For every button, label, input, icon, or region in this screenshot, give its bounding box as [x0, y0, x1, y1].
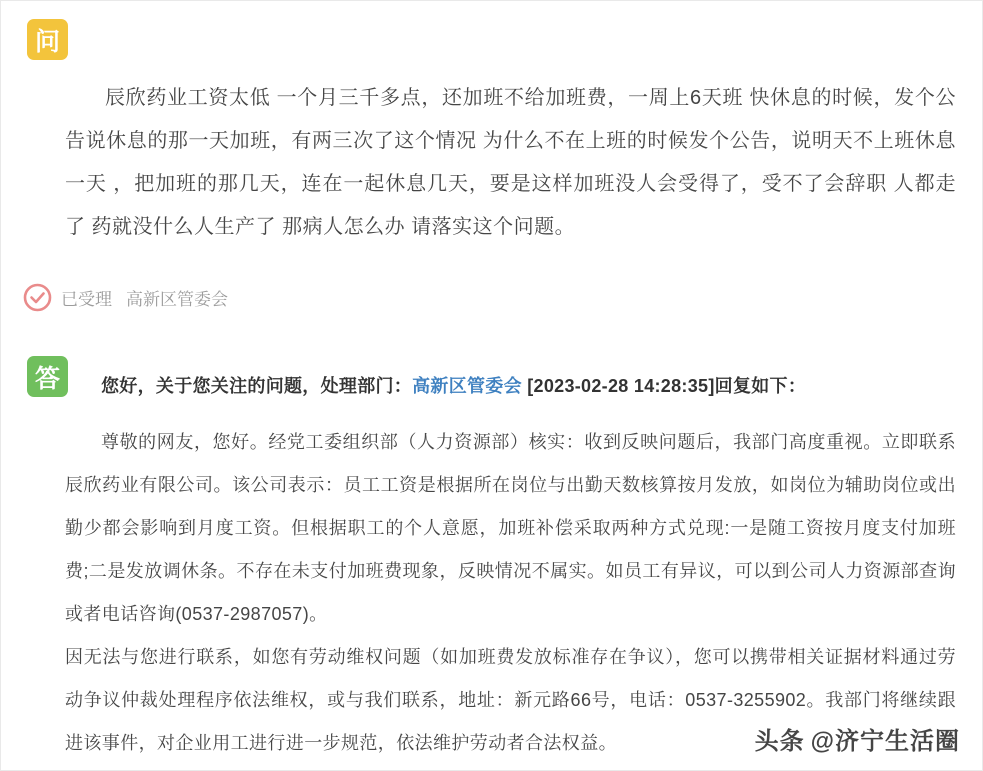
answer-header-suffix: [2023-02-28 14:28:35]回复如下： [522, 376, 806, 396]
question-text: 辰欣药业工资太低 一个月三千多点，还加班不给加班费，一周上6天班 快休息的时候，… [65, 77, 956, 249]
answer-department-link[interactable]: 高新区管委会 [412, 376, 522, 396]
qa-page: 问 辰欣药业工资太低 一个月三千多点，还加班不给加班费，一周上6天班 快休息的时… [0, 0, 983, 771]
accepted-check-icon [23, 283, 52, 312]
status-row: 已受理 高新区管委会 [23, 283, 956, 312]
status-accepted-label: 已受理 [61, 285, 112, 310]
watermark: 头条@济宁生活圈 [755, 721, 960, 756]
answer-header: 您好，关于您关注的问题，处理部门：高新区管委会 [2023-02-28 14:2… [101, 373, 956, 399]
answer-paragraph-1: 尊敬的网友，您好。经党工委组织部（人力资源部）核实：收到反映问题后，我部门高度重… [65, 421, 956, 636]
answer-header-prefix: 您好，关于您关注的问题，处理部门： [101, 376, 412, 396]
answer-badge-icon: 答 [27, 356, 68, 397]
status-department: 高新区管委会 [126, 285, 228, 310]
question-badge-icon: 问 [27, 19, 68, 60]
watermark-brand: 头条 [755, 728, 805, 755]
watermark-handle: @济宁生活圈 [811, 728, 960, 755]
